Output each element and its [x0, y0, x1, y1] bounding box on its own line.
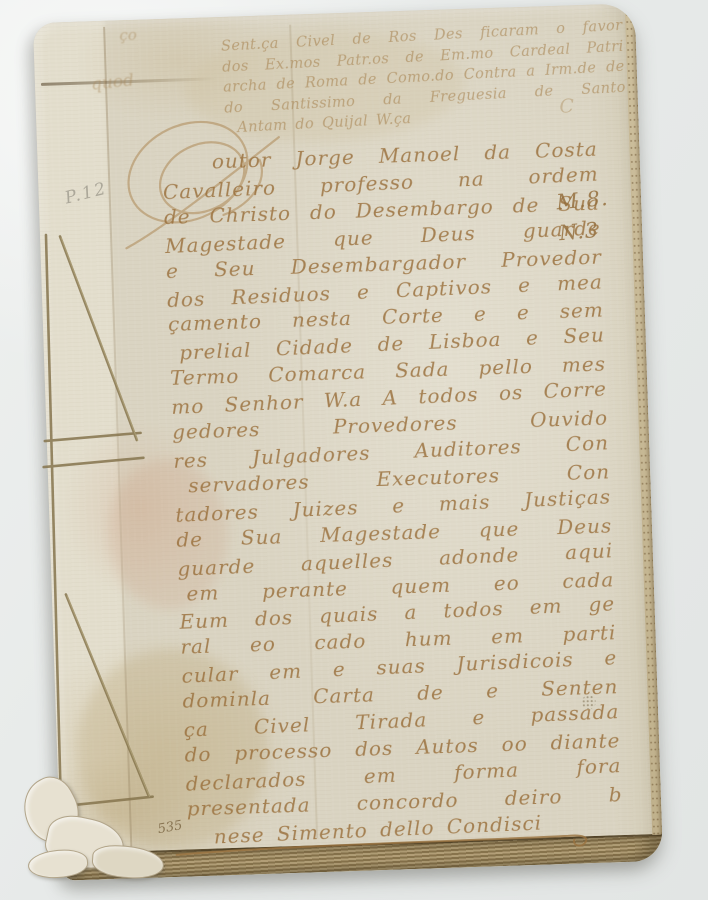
photo-background: Sent.ça Civel de Ros Des ficaram o favor…: [0, 0, 708, 900]
header-inscription: Sent.ça Civel de Ros Des ficaram o favor…: [221, 16, 628, 139]
bleedthrough-mark-top: ço: [119, 26, 137, 45]
faint-letter-mark: C: [559, 95, 574, 117]
shelf-mark: M.8. N.3: [555, 183, 612, 249]
manuscript-body-text: outor Jorge Manoel da Costa Cavalleiro p…: [161, 134, 624, 850]
manuscript-book: Sent.ça Civel de Ros Des ficaram o favor…: [33, 3, 663, 880]
shelf-mark-line: N.3: [558, 214, 613, 249]
shelf-mark-line: M.8.: [555, 183, 610, 218]
